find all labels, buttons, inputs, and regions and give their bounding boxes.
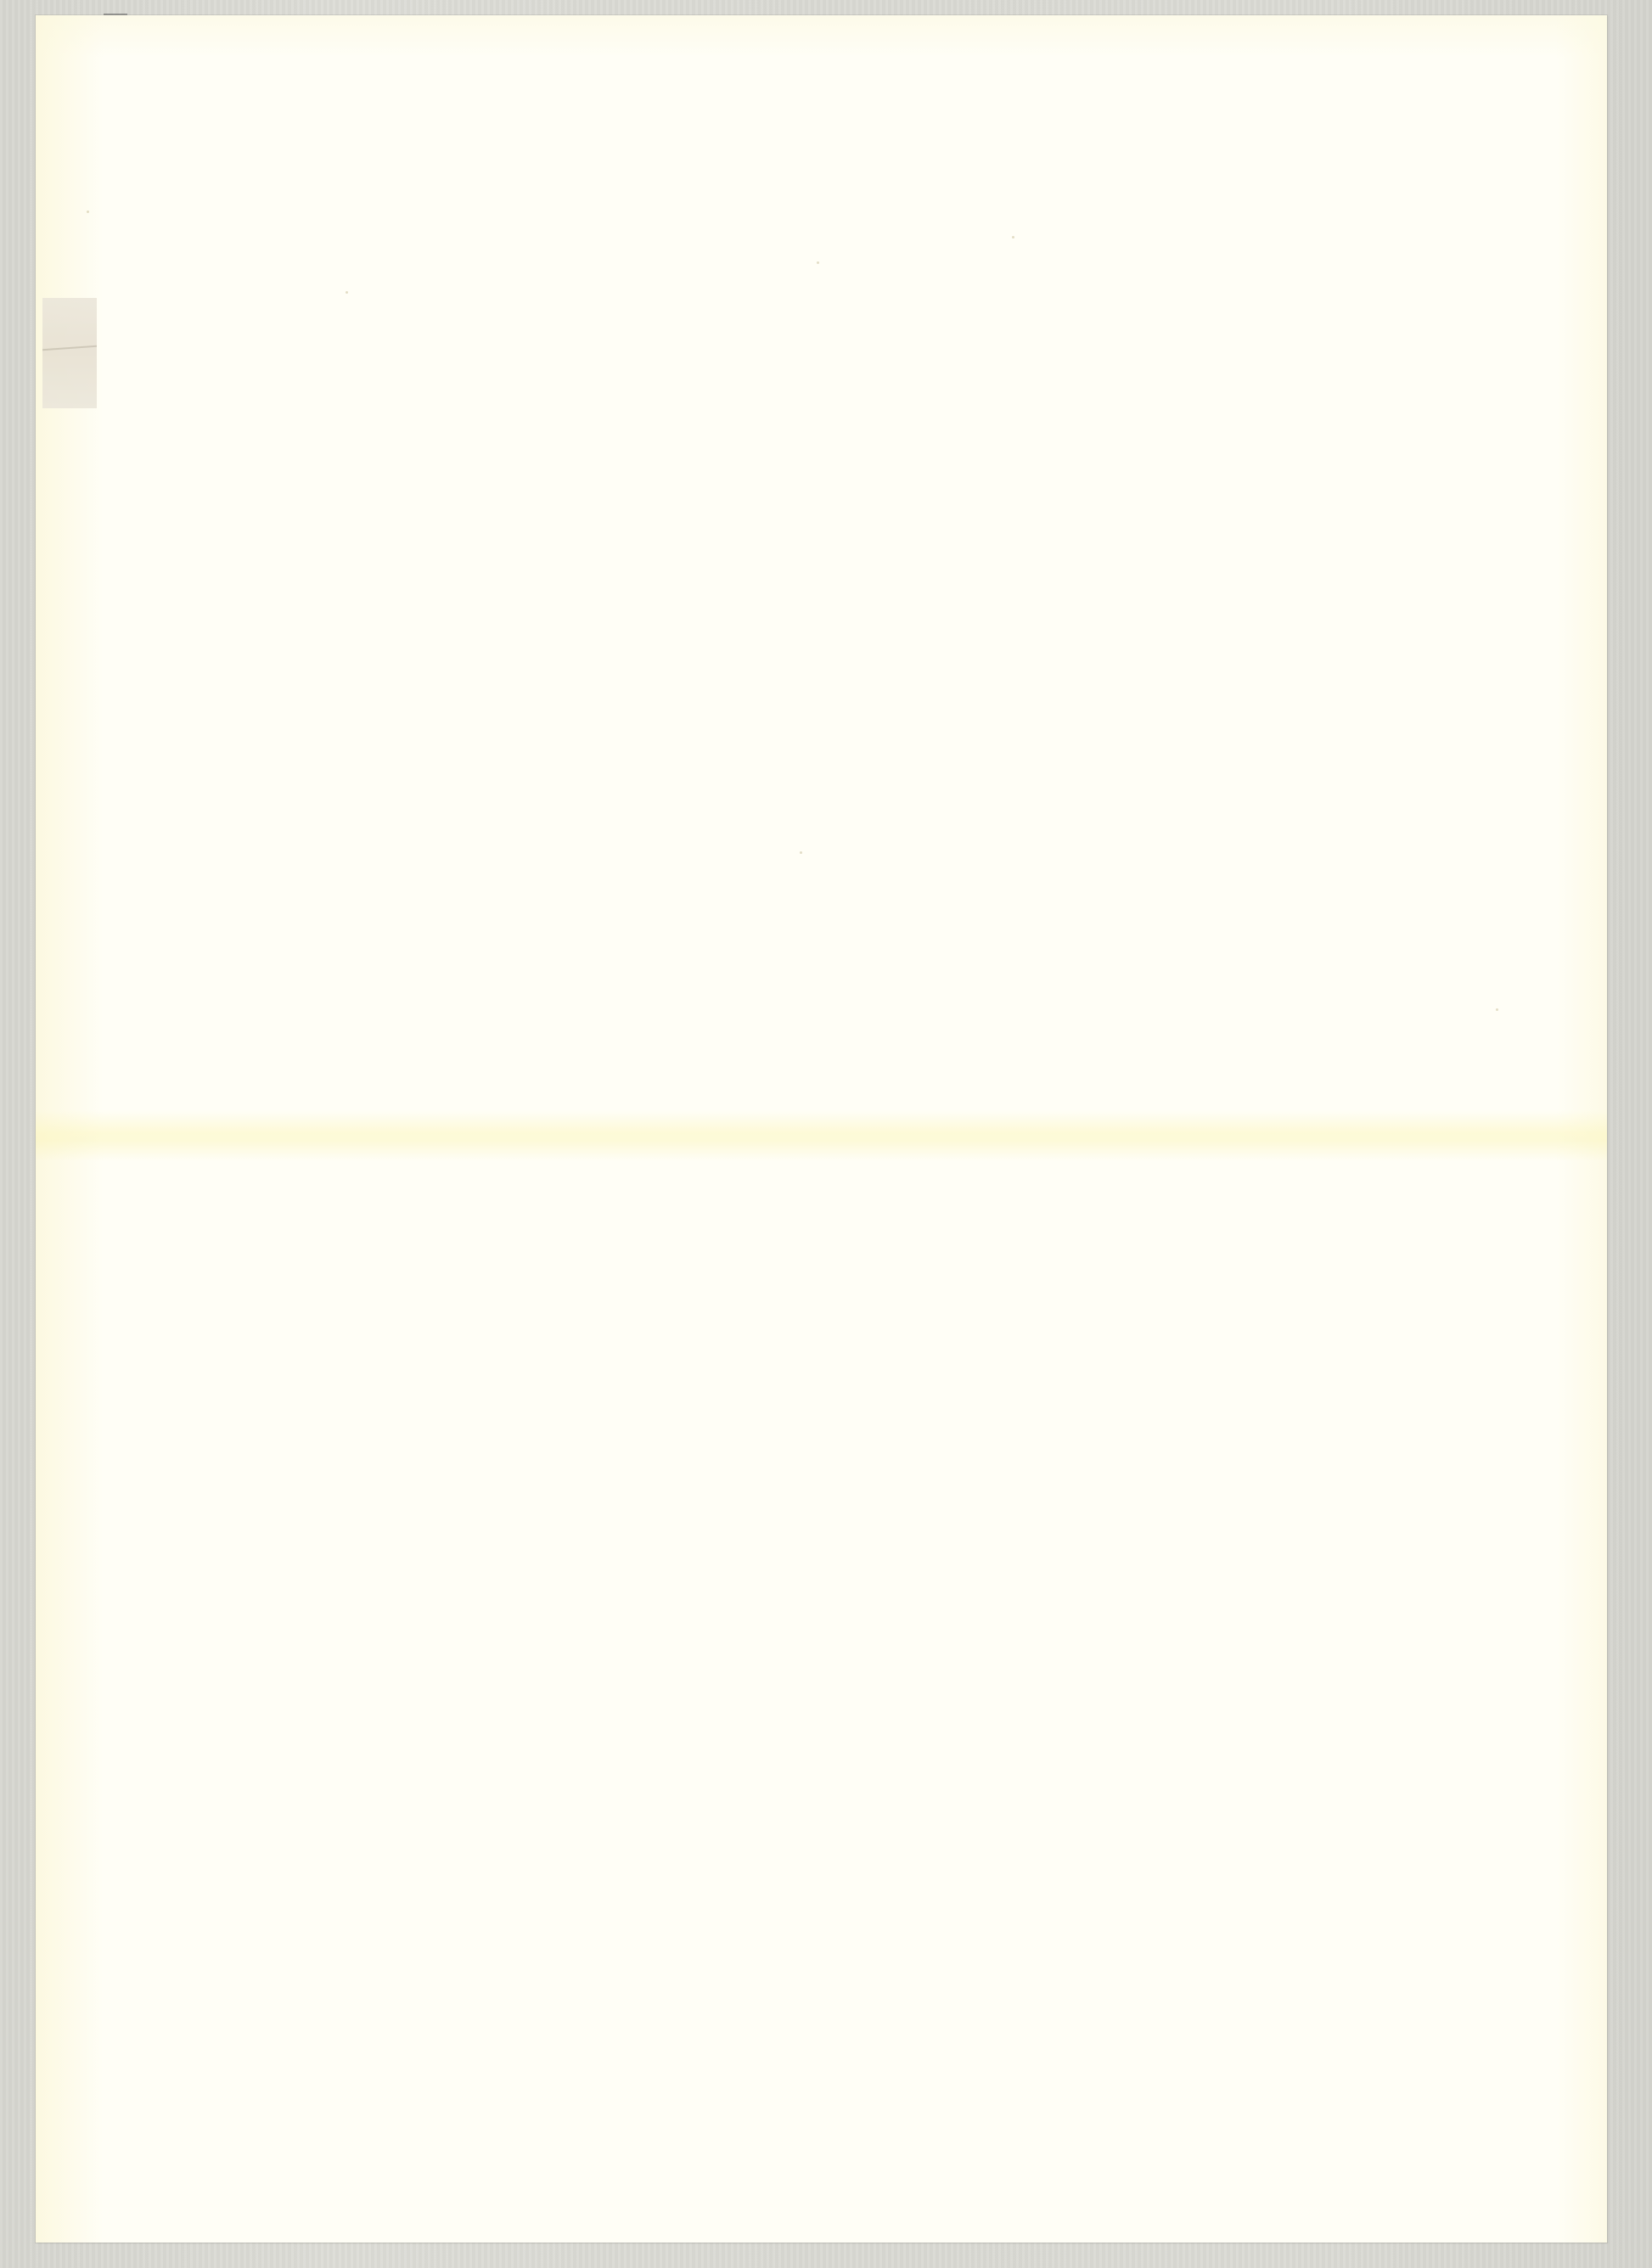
adhesive-tape-fragment — [42, 298, 97, 408]
paper-speck — [800, 851, 802, 854]
paper-speck — [817, 261, 819, 264]
scanned-page-view: { "document": { "type": "scanned-blank-p… — [0, 0, 1652, 2268]
paper-aging-tint — [36, 15, 1607, 2243]
horizontal-fold-crease — [36, 1110, 1607, 1161]
paper-speck — [1012, 236, 1014, 239]
paper-speck — [87, 211, 89, 213]
paper-speck — [346, 291, 348, 294]
blank-paper-sheet — [36, 15, 1607, 2243]
paper-speck — [1496, 1008, 1498, 1011]
